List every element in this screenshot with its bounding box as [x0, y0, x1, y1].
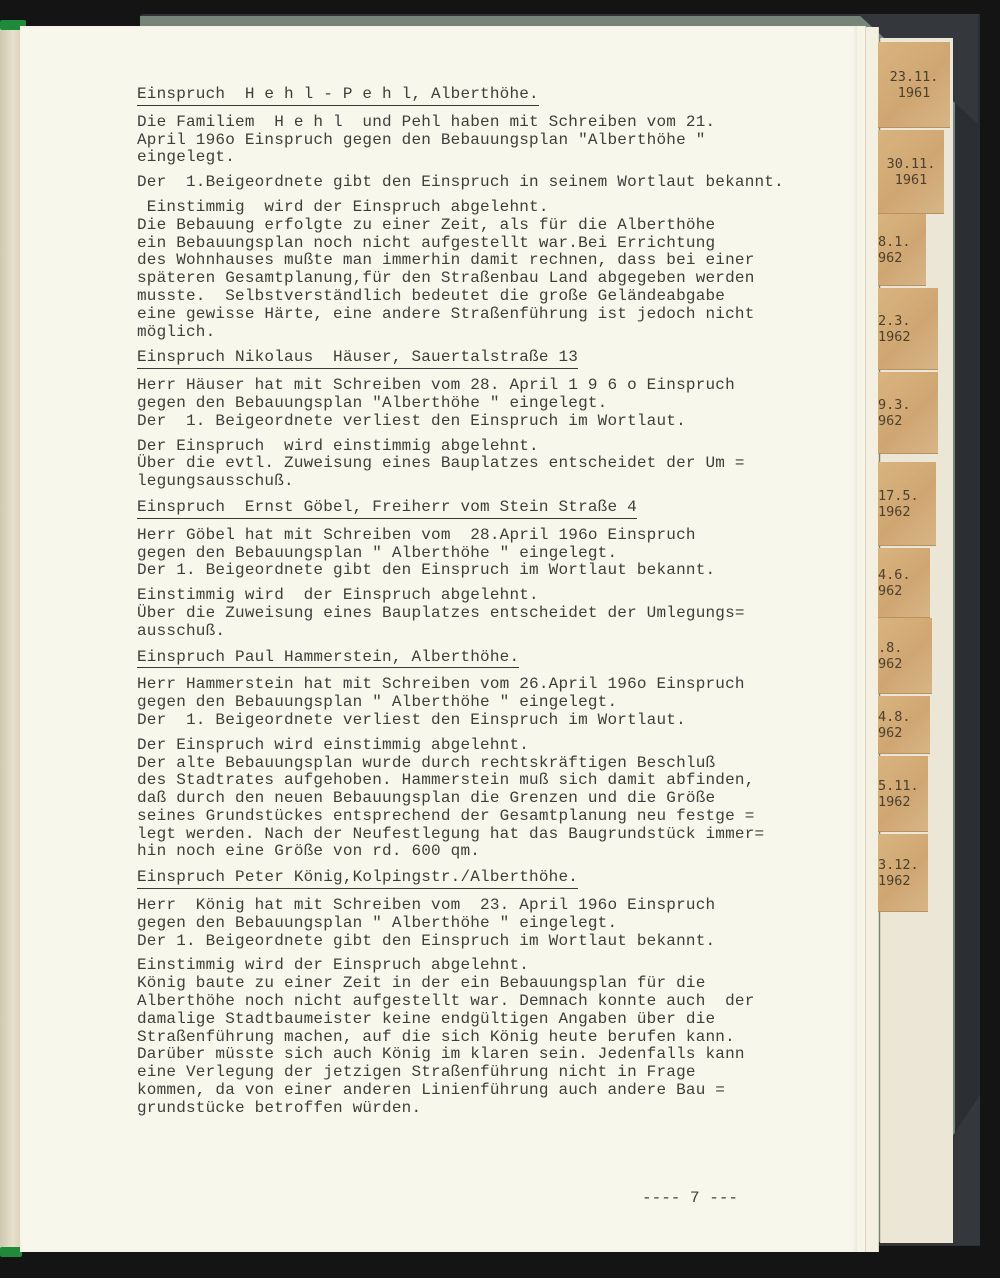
objection-section: Einspruch Ernst Göbel, Freiherr vom Stei…: [137, 499, 837, 641]
objection-section: Einspruch Nikolaus Häuser, Sauertalstraß…: [137, 349, 837, 491]
index-tab[interactable]: 5.11.1962: [878, 756, 928, 832]
text-line: Straßenführung machen, auf die sich Köni…: [137, 1029, 837, 1047]
text-line: des Stadtrates aufgehoben. Hammerstein m…: [137, 772, 837, 790]
index-tab[interactable]: 23.11.1961: [878, 42, 950, 128]
text-line: Herr Hammerstein hat mit Schreiben vom 2…: [137, 676, 837, 694]
section-heading: Einspruch Paul Hammerstein, Alberthöhe.: [137, 649, 519, 669]
document-body: Einspruch H e h l - P e h l, Alberthöhe.…: [137, 86, 837, 1126]
tab-date-line2: 1962: [878, 329, 938, 345]
text-line: Der 1.Beigeordnete gibt den Einspruch in…: [137, 174, 837, 192]
text-line: Der Einspruch wird einstimmig abgelehnt.: [137, 438, 837, 456]
text-line: Der 1. Beigeordnete gibt den Einspruch i…: [137, 933, 837, 951]
tab-date-line2: 962: [878, 583, 930, 599]
document-page: Einspruch H e h l - P e h l, Alberthöhe.…: [22, 26, 857, 1252]
text-line: gegen den Bebauungsplan " Alberthöhe " e…: [137, 915, 837, 933]
paragraph: Der Einspruch wird einstimmig abgelehnt.…: [137, 737, 837, 862]
paragraph: Einstimmig wird der Einspruch abgelehnt.…: [137, 199, 837, 341]
paragraph: Herr Göbel hat mit Schreiben vom 28.Apri…: [137, 527, 837, 580]
text-line: Über die Zuweisung eines Bauplatzes ents…: [137, 605, 837, 623]
text-line: Herr König hat mit Schreiben vom 23. Apr…: [137, 897, 837, 915]
section-heading: Einspruch Ernst Göbel, Freiherr vom Stei…: [137, 499, 637, 519]
text-line: Die Familiem H e h l und Pehl haben mit …: [137, 114, 837, 132]
section-heading: Einspruch Nikolaus Häuser, Sauertalstraß…: [137, 349, 578, 369]
bookmark-ribbon-bottom: [0, 1247, 22, 1257]
tab-date-line1: 4.8.: [878, 709, 930, 725]
text-line: Herr Häuser hat mit Schreiben vom 28. Ap…: [137, 377, 837, 395]
tab-date-line2: 1962: [878, 794, 928, 810]
tab-date-line2: 1962: [878, 504, 936, 520]
text-line: Der 1. Beigeordnete verliest den Einspru…: [137, 413, 837, 431]
tab-date-line2: 1961: [878, 85, 950, 101]
text-line: Der alte Bebauungsplan wurde durch recht…: [137, 755, 837, 773]
tab-date-line1: 5.11.: [878, 778, 928, 794]
tab-date-line2: 962: [878, 413, 938, 429]
text-line: Einstimmig wird der Einspruch abgelehnt.: [137, 957, 837, 975]
index-tab[interactable]: 9.3.962: [878, 372, 938, 454]
text-line: legungsausschuß.: [137, 473, 837, 491]
text-line: Die Bebauung erfolgte zu einer Zeit, als…: [137, 217, 837, 235]
paragraph: Der 1.Beigeordnete gibt den Einspruch in…: [137, 174, 837, 192]
paragraph: Herr Hammerstein hat mit Schreiben vom 2…: [137, 676, 837, 729]
page-number: ---- 7 ---: [642, 1189, 738, 1207]
tab-date-line2: 1962: [878, 873, 928, 889]
text-line: kommen, da von einer anderen Linienführu…: [137, 1082, 837, 1100]
tab-date-line1: 3.12.: [878, 857, 928, 873]
text-line: König baute zu einer Zeit in der ein Beb…: [137, 975, 837, 993]
objection-section: Einspruch Paul Hammerstein, Alberthöhe.H…: [137, 649, 837, 862]
text-line: damalige Stadtbaumeister keine endgültig…: [137, 1011, 837, 1029]
paragraph: Herr König hat mit Schreiben vom 23. Apr…: [137, 897, 837, 950]
text-line: eine gewisse Härte, eine andere Straßenf…: [137, 306, 837, 324]
tab-date-line1: .8.: [878, 640, 932, 656]
paragraph: Herr Häuser hat mit Schreiben vom 28. Ap…: [137, 377, 837, 430]
text-line: eingelegt.: [137, 149, 837, 167]
text-line: Herr Göbel hat mit Schreiben vom 28.Apri…: [137, 527, 837, 545]
tab-date-line2: 962: [878, 656, 932, 672]
text-line: späteren Gesamtplanung,für den Straßenba…: [137, 270, 837, 288]
text-line: April 196o Einspruch gegen den Bebauungs…: [137, 132, 837, 150]
paragraph: Der Einspruch wird einstimmig abgelehnt.…: [137, 438, 837, 491]
tab-date-line1: 4.6.: [878, 567, 930, 583]
text-line: gegen den Bebauungsplan "Alberthöhe " ei…: [137, 395, 837, 413]
left-page-edge: [0, 28, 22, 1250]
text-line: eine Verlegung der jetzigen Straßenführu…: [137, 1064, 837, 1082]
objection-section: Einspruch Peter König,Kolpingstr./Albert…: [137, 869, 837, 1117]
text-line: legt werden. Nach der Neufestlegung hat …: [137, 826, 837, 844]
tab-date-line1: 8.1.: [878, 234, 926, 250]
tab-date-line1: 30.11.: [878, 156, 944, 172]
text-line: Über die evtl. Zuweisung eines Bauplatze…: [137, 455, 837, 473]
text-line: musste. Selbstverständlich bedeutet die …: [137, 288, 837, 306]
text-line: gegen den Bebauungsplan " Alberthöhe " e…: [137, 545, 837, 563]
text-line: Der Einspruch wird einstimmig abgelehnt.: [137, 737, 837, 755]
text-line: Alberthöhe noch nicht aufgestellt war. D…: [137, 993, 837, 1011]
tab-date-line2: 962: [878, 250, 926, 266]
tab-date-line2: 1961: [878, 172, 944, 188]
index-tab[interactable]: 30.11.1961: [878, 130, 944, 214]
text-line: Der 1. Beigeordnete verliest den Einspru…: [137, 712, 837, 730]
text-line: hin noch eine Größe von rd. 600 qm.: [137, 843, 837, 861]
tab-date-line1: 23.11.: [878, 69, 950, 85]
tab-date-line2: 962: [878, 725, 930, 741]
paragraph: Einstimmig wird der Einspruch abgelehnt.…: [137, 957, 837, 1117]
text-line: daß durch den neuen Bebauungsplan die Gr…: [137, 790, 837, 808]
index-tab[interactable]: 2.3.1962: [878, 288, 938, 370]
text-line: seines Grundstückes entsprechend der Ges…: [137, 808, 837, 826]
section-heading: Einspruch Peter König,Kolpingstr./Albert…: [137, 869, 578, 889]
objection-section: Einspruch H e h l - P e h l, Alberthöhe.…: [137, 86, 837, 341]
text-line: ausschuß.: [137, 623, 837, 641]
text-line: Einstimmig wird der Einspruch abgelehnt.: [137, 587, 837, 605]
index-tab[interactable]: 4.8.962: [878, 696, 930, 754]
paragraph: Einstimmig wird der Einspruch abgelehnt.…: [137, 587, 837, 640]
tab-date-line1: 2.3.: [878, 313, 938, 329]
index-tab[interactable]: .8.962: [878, 618, 932, 694]
section-heading: Einspruch H e h l - P e h l, Alberthöhe.: [137, 86, 539, 106]
index-tab[interactable]: 17.5.1962: [878, 462, 936, 546]
paragraph: Die Familiem H e h l und Pehl haben mit …: [137, 114, 837, 167]
index-tab[interactable]: 8.1.962: [878, 214, 926, 286]
tab-date-line1: 9.3.: [878, 397, 938, 413]
index-tab[interactable]: 3.12.1962: [878, 834, 928, 912]
text-line: Der 1. Beigeordnete gibt den Einspruch i…: [137, 562, 837, 580]
text-line: ein Bebauungsplan noch nicht aufgestellt…: [137, 235, 837, 253]
text-line: möglich.: [137, 324, 837, 342]
text-line: Einstimmig wird der Einspruch abgelehnt.: [137, 199, 837, 217]
text-line: des Wohnhauses mußte man immerhin damit …: [137, 252, 837, 270]
index-tab[interactable]: 4.6.962: [878, 548, 930, 618]
text-line: Darüber müsste sich auch König im klaren…: [137, 1046, 837, 1064]
text-line: grundstücke betroffen würden.: [137, 1100, 837, 1118]
binder-spine-edge: [955, 14, 980, 1246]
text-line: gegen den Bebauungsplan " Alberthöhe " e…: [137, 694, 837, 712]
tab-date-line1: 17.5.: [878, 488, 936, 504]
